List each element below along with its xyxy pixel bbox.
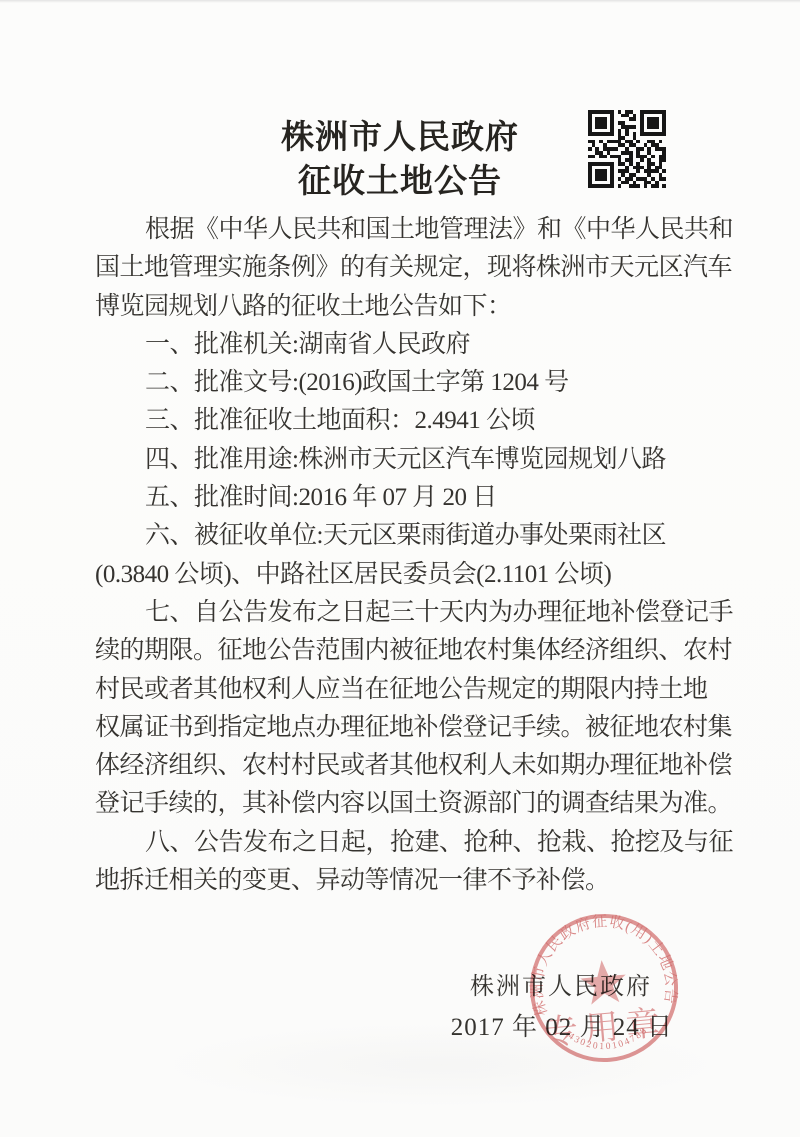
- body-line: 三、批准征收土地面积：2.4941 公顷: [95, 402, 715, 440]
- scan-edge: [0, 0, 800, 3]
- body-line: 登记手续的，其补偿内容以国土资源部门的调查结果为准。: [95, 785, 715, 823]
- body-line: 八、公告发布之日起，抢建、抢种、抢栽、抢挖及与征: [95, 824, 715, 862]
- body-line: 博览园规划八路的征收土地公告如下：: [95, 288, 715, 326]
- body-line: 六、被征收单位:天元区栗雨街道办事处栗雨社区: [95, 517, 715, 555]
- body-line: 体经济组织、农村村民或者其他权利人未如期办理征地补偿: [95, 747, 715, 785]
- body-line: 权属证书到指定地点办理征地补偿登记手续。被征地农村集: [95, 709, 715, 747]
- body-line: 地拆迁相关的变更、异动等情况一律不予补偿。: [95, 862, 715, 900]
- body-line: 四、批准用途:株洲市天元区汽车博览园规划八路: [95, 441, 715, 479]
- body-line: 一、批准机关:湖南省人民政府: [95, 326, 715, 364]
- body-line: 村民或者其他权利人应当在征地公告规定的期限内持土地: [95, 671, 715, 709]
- body-line: 五、批准时间:2016 年 07 月 20 日: [95, 479, 715, 517]
- seal-star-icon: [579, 958, 628, 1005]
- body-line: 七、自公告发布之日起三十天内为办理征地补偿登记手: [95, 594, 715, 632]
- official-seal: 株洲市人民政府征收(用)土地公告 专用章 4302010104788: [517, 901, 690, 1074]
- qr-code-icon: [588, 110, 666, 188]
- scanned-document-page: 株洲市人民政府 征收土地公告 根据《中华人民共和国土地管理法》和《中华人民共和国…: [0, 0, 800, 1137]
- body-lines: 根据《中华人民共和国土地管理法》和《中华人民共和国土地管理实施条例》的有关规定，…: [95, 211, 715, 900]
- body-line: 根据《中华人民共和国土地管理法》和《中华人民共和: [95, 211, 715, 249]
- title-line-subject: 征收土地公告: [0, 160, 800, 204]
- document-title: 株洲市人民政府 征收土地公告: [0, 116, 800, 204]
- body-line: 二、批准文号:(2016)政国土字第 1204 号: [95, 364, 715, 402]
- title-line-issuer: 株洲市人民政府: [0, 116, 800, 160]
- body-line: (0.3840 公顷)、中路社区居民委员会(2.1101 公顷): [95, 556, 715, 594]
- body-line: 国土地管理实施条例》的有关规定，现将株洲市天元区汽车: [95, 249, 715, 287]
- body-line: 续的期限。征地公告范围内被征地农村集体经济组织、农村: [95, 632, 715, 670]
